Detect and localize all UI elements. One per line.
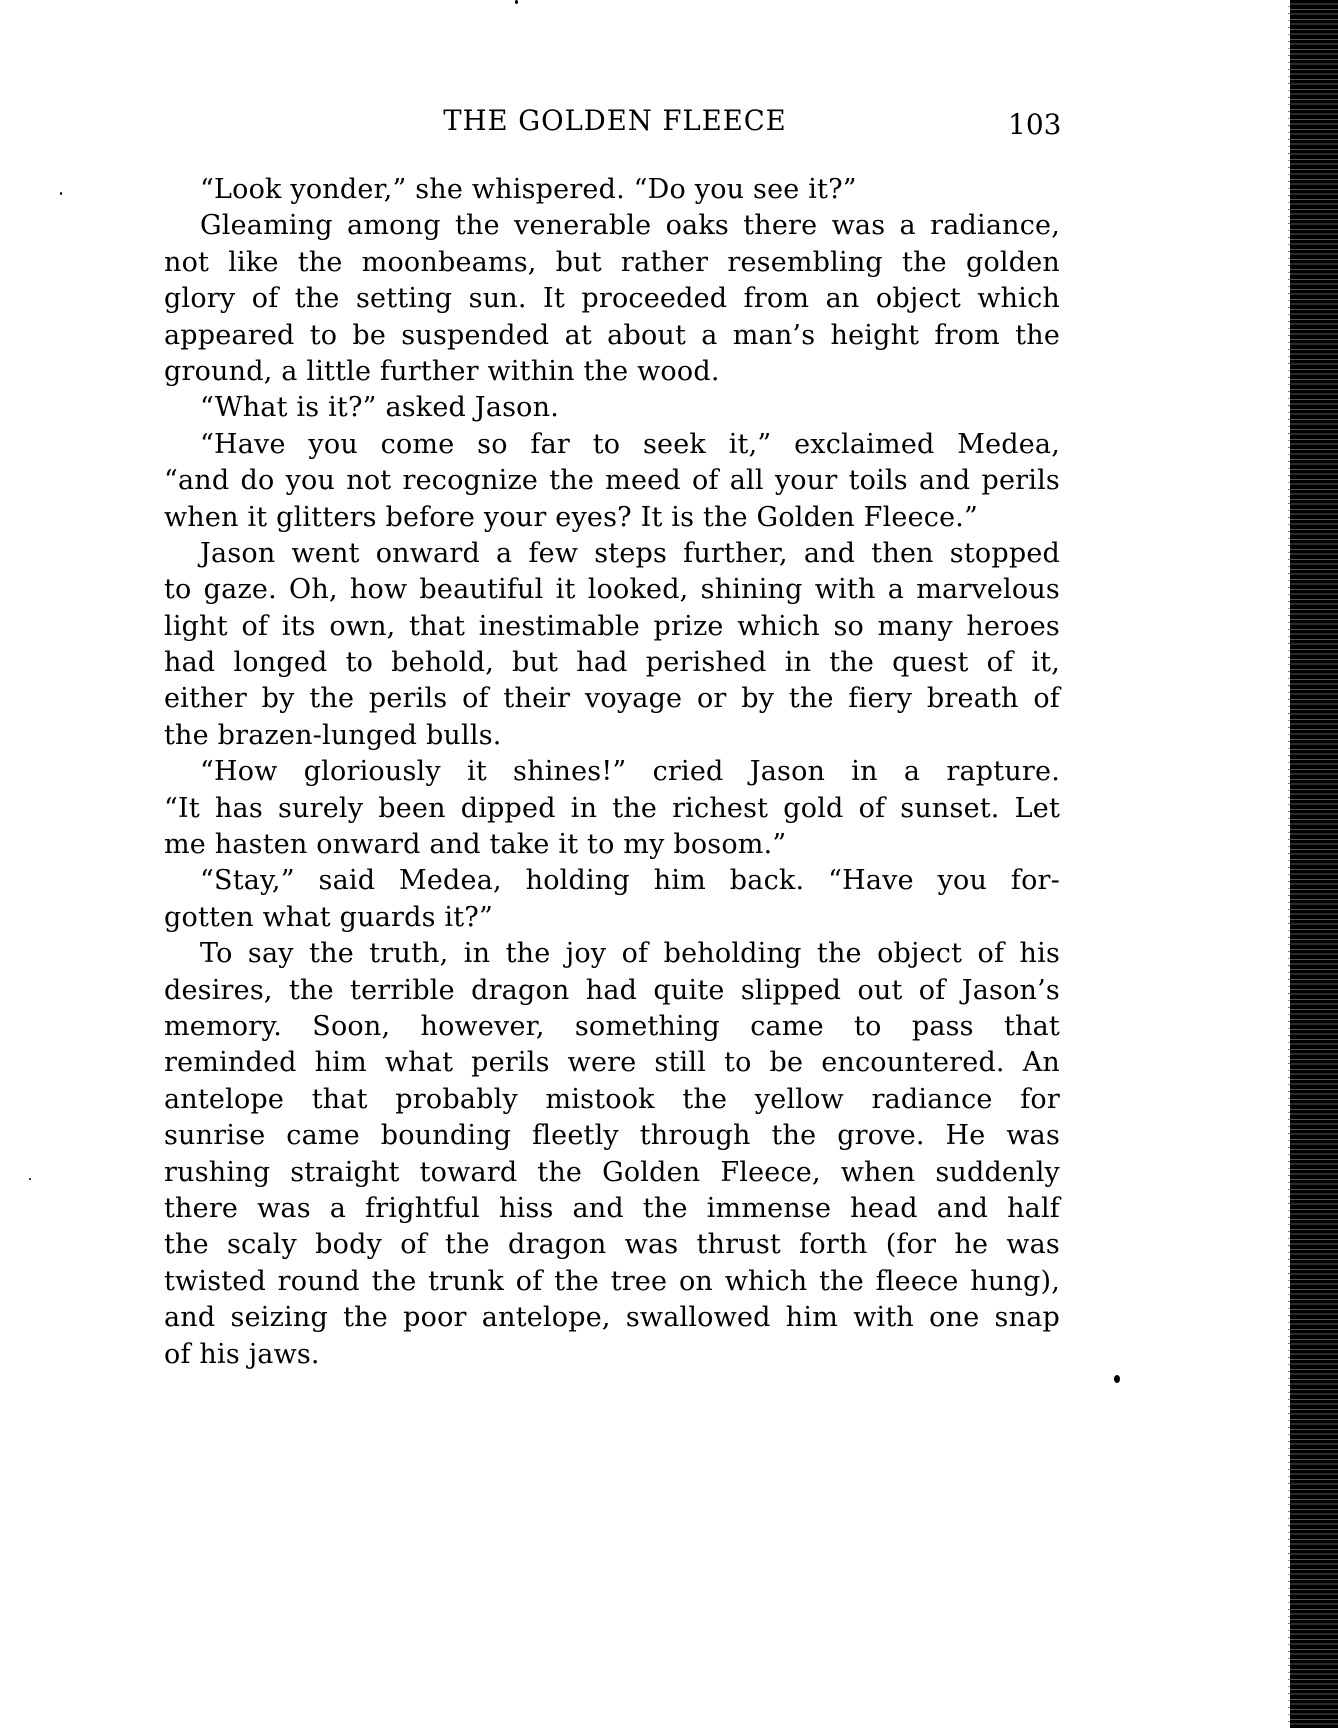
text-line: not like the moonbeams, but rather resem… [164,245,1060,281]
text-line: of his jaws. [164,1337,1060,1373]
text-line: and seizing the poor antelope, swallowed… [164,1300,1060,1336]
text-line: “What is it?” asked Jason. [164,390,1060,426]
text-line: To say the truth, in the joy of beholdin… [164,936,1060,972]
text-line: had longed to behold, but had perished i… [164,645,1060,681]
scan-speck [29,1178,31,1180]
text-line: “Look yonder,” she whispered. “Do you se… [164,172,1060,208]
text-line: Jason went onward a few steps further, a… [164,536,1060,572]
text-line: to gaze. Oh, how beautiful it looked, sh… [164,572,1060,608]
text-line: sunrise came bounding fleetly through th… [164,1118,1060,1154]
scan-speck [515,0,518,4]
text-line: when it glitters before your eyes? It is… [164,500,1060,536]
scan-speck [1114,1375,1120,1383]
text-line: light of its own, that inestimable prize… [164,609,1060,645]
text-line: “Have you come so far to seek it,” excla… [164,427,1060,463]
text-line: “How gloriously it shines!” cried Jason … [164,754,1060,790]
text-line: rushing straight toward the Golden Fleec… [164,1155,1060,1191]
text-line: there was a frightful hiss and the immen… [164,1191,1060,1227]
text-line: twisted round the trunk of the tree on w… [164,1264,1060,1300]
running-head: THE GOLDEN FLEECE [404,104,825,137]
text-line: appeared to be suspended at about a man’… [164,318,1060,354]
text-line: Gleaming among the venerable oaks there … [164,208,1060,244]
text-line: desires, the terrible dragon had quite s… [164,973,1060,1009]
text-line: either by the perils of their voyage or … [164,681,1060,717]
scanned-book-edge [1290,0,1338,1728]
text-line: “It has surely been dipped in the riches… [164,791,1060,827]
page-number: 103 [1008,108,1061,141]
scan-speck [60,192,62,195]
text-line: “Stay,” said Medea, holding him back. “H… [164,863,1060,899]
text-line: the brazen-lunged bulls. [164,718,1060,754]
text-line: me hasten onward and take it to my bosom… [164,827,1060,863]
book-page: THE GOLDEN FLEECE 103 “Look yonder,” she… [0,0,1338,1728]
body-text: “Look yonder,” she whispered. “Do you se… [164,172,1060,1373]
text-line: gotten what guards it?” [164,900,1060,936]
text-line: memory. Soon, however, something came to… [164,1009,1060,1045]
text-line: antelope that probably mistook the yello… [164,1082,1060,1118]
text-line: ground, a little further within the wood… [164,354,1060,390]
text-line: glory of the setting sun. It proceeded f… [164,281,1060,317]
text-line: “and do you not recognize the meed of al… [164,463,1060,499]
text-line: reminded him what perils were still to b… [164,1045,1060,1081]
text-line: the scaly body of the dragon was thrust … [164,1227,1060,1263]
